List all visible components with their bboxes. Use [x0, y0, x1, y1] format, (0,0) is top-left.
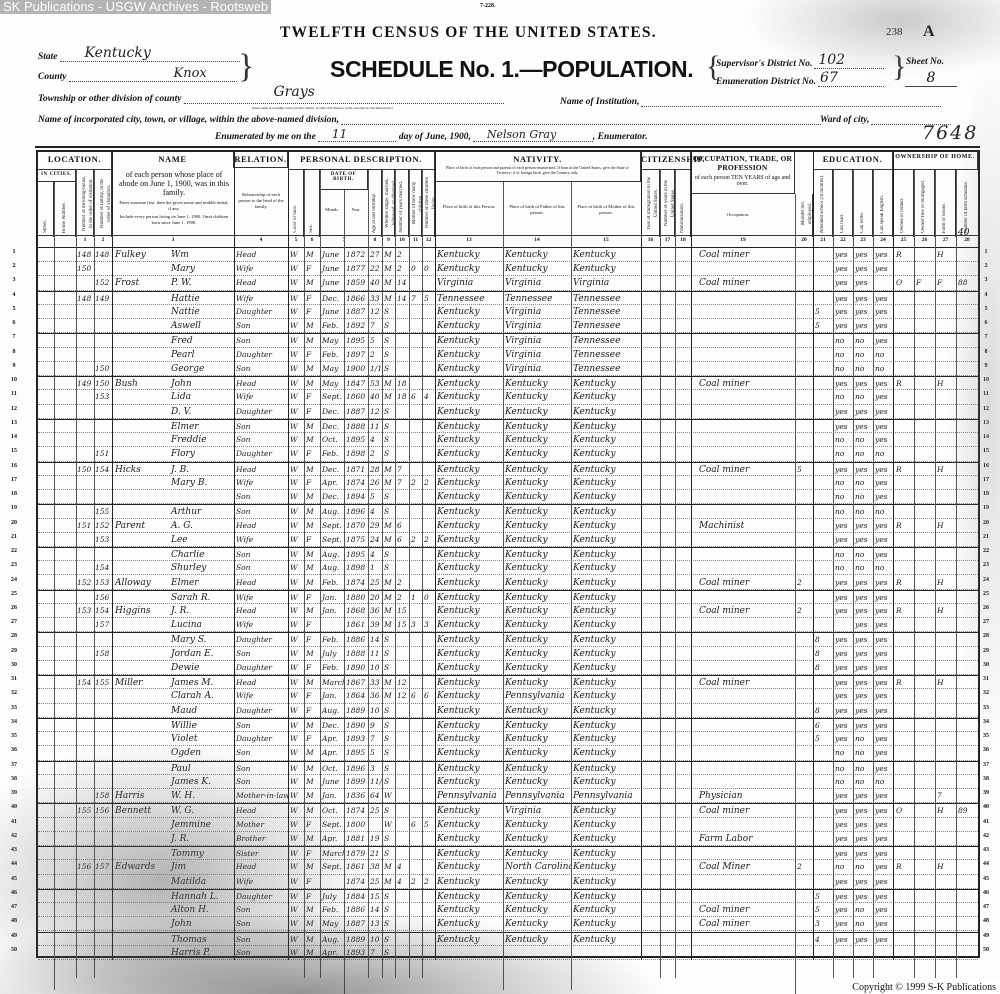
cell-mother-of — [410, 604, 422, 618]
cell-school — [814, 576, 833, 590]
cell-farm — [936, 875, 956, 889]
cell-owned — [895, 420, 914, 434]
cell-dwelling — [76, 334, 94, 348]
cell-months-unemp — [796, 319, 813, 333]
line-number-left: 44 — [4, 861, 24, 867]
header-col-19: Occupation. — [698, 212, 778, 218]
cell-months-unemp — [796, 875, 813, 889]
cell-relation: Son — [235, 746, 288, 760]
enumerated-field: Enumerated by me on the 11 day of June, … — [215, 130, 648, 142]
cell-write: yes — [854, 719, 873, 733]
cell-school — [814, 463, 833, 477]
cell-age: 10 — [369, 933, 382, 947]
sheet-no-label: Sheet No. — [906, 57, 944, 67]
cell-marital: S — [383, 661, 395, 675]
cell-color: W — [289, 804, 304, 818]
cell-school — [814, 334, 833, 348]
cell-write: no — [854, 447, 873, 461]
cell-month: Apr. — [321, 732, 344, 746]
cell-farm — [936, 533, 956, 547]
line-number-left: 23 — [4, 562, 24, 568]
cell-year: 1889 — [345, 704, 368, 718]
grid-line — [395, 170, 396, 978]
cell-occupation — [698, 362, 794, 376]
cell-farm — [936, 319, 956, 333]
cell-yrs-married — [396, 305, 409, 319]
cell-schedule — [957, 676, 978, 690]
cell-color: W — [289, 463, 304, 477]
cell-farm: H — [936, 604, 956, 618]
cell-mother-birth: Kentucky — [572, 661, 641, 675]
cell-dwelling — [76, 762, 94, 776]
cell-write: no — [854, 476, 873, 490]
cell-free — [915, 775, 935, 789]
cell-owned — [895, 946, 914, 960]
cell-marital: M — [383, 591, 395, 605]
cell-mother-birth: Kentucky — [572, 447, 641, 461]
cell-year: 1900 — [345, 362, 368, 376]
cell-school — [814, 377, 833, 391]
cell-sex: F — [305, 447, 320, 461]
cell-father-birth: Kentucky — [504, 676, 571, 690]
cell-surname — [114, 334, 170, 348]
cell-farm: H — [936, 860, 956, 874]
cell-given: James M. — [170, 676, 234, 690]
cell-free — [915, 847, 935, 861]
cell-sex: M — [305, 433, 320, 447]
cell-farm — [936, 704, 956, 718]
cell-english: no — [874, 775, 893, 789]
cell-given: James K. — [170, 775, 234, 789]
cell-months-unemp — [796, 804, 813, 818]
cell-year: 1895 — [345, 746, 368, 760]
table-row: 148148FulkeyWmHeadWMJune187227M2Kentucky… — [38, 248, 978, 262]
header-col-house: House Number. — [54, 182, 76, 237]
cell-given: W. H. — [170, 789, 234, 803]
cell-school — [814, 548, 833, 562]
cell-write: no — [854, 860, 873, 874]
cell-schedule — [957, 847, 978, 861]
cell-surname — [114, 762, 170, 776]
cell-months-unemp — [796, 676, 813, 690]
cell-school — [814, 946, 833, 960]
cell-sex: M — [305, 362, 320, 376]
cell-read: yes — [834, 890, 853, 904]
cell-mother-birth: Kentucky — [572, 832, 641, 846]
cell-year: 1897 — [345, 348, 368, 362]
cell-month: Jan. — [321, 604, 344, 618]
table-row: 156Sarah R.WifeWFJan.188020M210KentuckyK… — [38, 590, 978, 604]
cell-sex: M — [305, 420, 320, 434]
cell-school — [814, 832, 833, 846]
cell-mother-birth: Kentucky — [572, 762, 641, 776]
cell-living — [423, 348, 435, 362]
line-number-left: 34 — [4, 719, 24, 725]
cell-living — [423, 719, 435, 733]
cell-english: yes — [874, 746, 893, 760]
cell-living — [423, 276, 435, 290]
cell-owned — [895, 633, 914, 647]
cell-family — [94, 946, 112, 960]
cell-birth: Kentucky — [436, 689, 503, 703]
cell-read: yes — [834, 262, 853, 276]
cell-relation: Head — [235, 804, 288, 818]
cell-surname: Edwards — [114, 860, 170, 874]
cell-relation: Son — [235, 762, 288, 776]
cell-sex: M — [305, 334, 320, 348]
cell-read: no — [834, 447, 853, 461]
colnum-1: 1 — [76, 237, 94, 243]
cell-year: 1899 — [345, 775, 368, 789]
line-number-left: 45 — [4, 876, 24, 882]
cell-yrs-married: 14 — [396, 292, 409, 306]
cell-occupation: Coal miner — [698, 903, 794, 917]
cell-write: yes — [854, 305, 873, 319]
cell-months-unemp — [796, 548, 813, 562]
cell-owned — [895, 591, 914, 605]
cell-write: yes — [854, 377, 873, 391]
cell-marital: S — [383, 433, 395, 447]
cell-father-birth: Kentucky — [504, 548, 571, 562]
cell-marital: M — [383, 604, 395, 618]
cell-age: 14 — [369, 633, 382, 647]
cell-month: Feb. — [321, 319, 344, 333]
line-number-left: 26 — [4, 605, 24, 611]
cell-family: 158 — [94, 789, 112, 803]
cell-free — [915, 248, 935, 262]
cell-given: Mary S. — [170, 633, 234, 647]
grid-line — [853, 170, 854, 978]
cell-farm — [936, 775, 956, 789]
cell-schedule — [957, 591, 978, 605]
cell-age: 10 — [369, 661, 382, 675]
cell-age: 40 — [369, 276, 382, 290]
cell-surname — [114, 348, 170, 362]
cell-relation: Sister — [235, 847, 288, 861]
cell-color: W — [289, 292, 304, 306]
cell-month: Oct. — [321, 762, 344, 776]
line-number-left: 21 — [4, 534, 24, 540]
cell-father-birth: Kentucky — [504, 463, 571, 477]
cell-months-unemp — [796, 789, 813, 803]
header-location: LOCATION. — [38, 152, 112, 170]
cell-english: yes — [874, 903, 893, 917]
cell-free — [915, 762, 935, 776]
cell-sex: F — [305, 292, 320, 306]
cell-school: 5 — [814, 319, 833, 333]
cell-color: W — [289, 689, 304, 703]
cell-mother-birth: Kentucky — [572, 505, 641, 519]
cell-mother-of — [410, 548, 422, 562]
colnum-9: 9 — [382, 237, 395, 243]
cell-relation: Wife — [235, 875, 288, 889]
cell-english: yes — [874, 661, 893, 675]
grid-line — [691, 152, 692, 960]
cell-schedule — [957, 860, 978, 874]
cell-age: 39 — [369, 618, 382, 632]
cell-relation: Daughter — [235, 661, 288, 675]
cell-given — [170, 490, 234, 504]
colnum-4: 4 — [234, 237, 288, 243]
cell-write: yes — [854, 519, 873, 533]
table-row: JohnSonWMMay188713SKentuckyKentuckyKentu… — [38, 917, 978, 931]
cell-given: Mary — [170, 262, 234, 276]
table-row: FredSonWMMay18955SKentuckyVirginiaTennes… — [38, 333, 978, 347]
cell-sex: F — [305, 633, 320, 647]
cell-farm — [936, 633, 956, 647]
cell-write: yes — [854, 647, 873, 661]
cell-marital: M — [383, 476, 395, 490]
cell-month: Jan. — [321, 689, 344, 703]
cell-read: yes — [834, 676, 853, 690]
line-number-left: 27 — [4, 619, 24, 625]
cell-write: yes — [854, 463, 873, 477]
cell-family — [94, 762, 112, 776]
header-col-7-year: Year. — [346, 207, 366, 213]
cell-school — [814, 804, 833, 818]
cell-read: no — [834, 362, 853, 376]
cell-given: Maud — [170, 704, 234, 718]
cell-surname — [114, 890, 170, 904]
cell-mother-birth: Tennessee — [572, 292, 641, 306]
cell-relation: Son — [235, 334, 288, 348]
line-number-left: 36 — [4, 747, 24, 753]
state-label: State — [38, 52, 58, 62]
cell-surname — [114, 818, 170, 832]
cell-age: 2 — [369, 348, 382, 362]
cell-age: 11/12 — [369, 775, 382, 789]
cell-father-birth: Kentucky — [504, 719, 571, 733]
cell-marital: S — [383, 561, 395, 575]
cell-owned — [895, 348, 914, 362]
colnum-2: 2 — [94, 237, 112, 243]
cell-mother-birth: Kentucky — [572, 890, 641, 904]
table-row: 157LucinaWifeWF186139M1533KentuckyKentuc… — [38, 618, 978, 632]
cell-occupation — [698, 647, 794, 661]
cell-birth: Kentucky — [436, 604, 503, 618]
cell-schedule — [957, 604, 978, 618]
cell-age: 5 — [369, 334, 382, 348]
cell-schedule — [957, 533, 978, 547]
colnum-5: 5 — [288, 237, 304, 243]
cell-dwelling — [76, 775, 94, 789]
cell-free — [915, 377, 935, 391]
cell-surname — [114, 917, 170, 931]
line-number-left: 32 — [4, 690, 24, 696]
cell-living — [423, 946, 435, 960]
cell-owned — [895, 490, 914, 504]
cell-months-unemp — [796, 405, 813, 419]
cell-farm: H — [936, 463, 956, 477]
cell-mother-birth: Kentucky — [572, 548, 641, 562]
cell-yrs-married — [396, 746, 409, 760]
cell-family — [94, 890, 112, 904]
cell-months-unemp — [796, 917, 813, 931]
cell-mother-birth: Kentucky — [572, 420, 641, 434]
table-row: 149150BushJohnHeadWMMay184753M18Kentucky… — [38, 376, 978, 390]
cell-write: no — [854, 561, 873, 575]
cell-father-birth: Kentucky — [504, 604, 571, 618]
cell-farm: H — [936, 576, 956, 590]
cell-farm — [936, 490, 956, 504]
cell-dwelling — [76, 647, 94, 661]
cell-read: yes — [834, 704, 853, 718]
cell-living — [423, 561, 435, 575]
cell-age: 20 — [369, 591, 382, 605]
cell-yrs-married: 2 — [396, 262, 409, 276]
cell-occupation — [698, 292, 794, 306]
cell-color: W — [289, 933, 304, 947]
cell-month: June — [321, 248, 344, 262]
cell-yrs-married: 7 — [396, 476, 409, 490]
cell-dwelling — [76, 847, 94, 861]
cell-living — [423, 490, 435, 504]
cell-marital: M — [383, 576, 395, 590]
cell-given: Aswell — [170, 319, 234, 333]
cell-school: 5 — [814, 732, 833, 746]
cell-yrs-married: 2 — [396, 248, 409, 262]
cell-owned — [895, 890, 914, 904]
cell-age: 7 — [369, 319, 382, 333]
cell-living — [423, 789, 435, 803]
cell-family: 148 — [94, 248, 112, 262]
cell-mother-of: 7 — [410, 292, 422, 306]
cell-sex: M — [305, 676, 320, 690]
cell-months-unemp — [796, 447, 813, 461]
cell-mother-of — [410, 676, 422, 690]
cell-sex: F — [305, 405, 320, 419]
cell-dwelling — [76, 789, 94, 803]
cell-age: 7 — [369, 732, 382, 746]
table-row: PaulSonWMOct.18963SKentuckyKentuckyKentu… — [38, 761, 978, 775]
cell-write: no — [854, 362, 873, 376]
header-name-note2: Include every person living on June 1, 1… — [118, 214, 230, 226]
cell-write: yes — [854, 292, 873, 306]
cell-color: W — [289, 676, 304, 690]
cell-english: yes — [874, 633, 893, 647]
grid-line — [368, 170, 369, 978]
cell-given: Dewie — [170, 661, 234, 675]
cell-father-birth: Kentucky — [504, 248, 571, 262]
cell-month: Jan. — [321, 591, 344, 605]
cell-color: W — [289, 276, 304, 290]
table-row: Hannah L.DaughterWFJuly188415SKentuckyKe… — [38, 889, 978, 903]
cell-surname: Bush — [114, 377, 170, 391]
cell-birth: Kentucky — [436, 676, 503, 690]
line-number-left: 15 — [4, 448, 24, 454]
cell-relation: Brother — [235, 832, 288, 846]
cell-english: yes — [874, 591, 893, 605]
cell-age: 53 — [369, 377, 382, 391]
line-number-left: 16 — [4, 463, 24, 469]
cell-surname: Bennett — [114, 804, 170, 818]
cell-age: 2 — [369, 447, 382, 461]
cell-father-birth: Kentucky — [504, 933, 571, 947]
cell-family: 155 — [94, 676, 112, 690]
cell-color: W — [289, 818, 304, 832]
cell-family: 153 — [94, 576, 112, 590]
cell-living — [423, 334, 435, 348]
cell-mother-of — [410, 946, 422, 960]
cell-month: July — [321, 647, 344, 661]
cell-school — [814, 875, 833, 889]
header-col-15: Place of birth of Mother of this person. — [574, 204, 638, 216]
colnum-10: 10 — [395, 237, 409, 243]
cell-relation: Son — [235, 548, 288, 562]
archive-watermark: SK Publications - USGW Archives - Rootsw… — [0, 0, 271, 14]
colnum-26: 26 — [914, 237, 935, 243]
cell-schedule — [957, 762, 978, 776]
table-header: LOCATION. IN CITIES. NAME of each person… — [38, 152, 978, 248]
cell-father-birth: Kentucky — [504, 661, 571, 675]
cell-farm: H — [936, 248, 956, 262]
header-col-10: Number of years married. — [395, 170, 409, 237]
cell-surname: Harris — [114, 789, 170, 803]
header-nativity-title: NATIVITY. — [513, 154, 562, 164]
cell-owned — [895, 405, 914, 419]
cell-mother-birth: Kentucky — [572, 618, 641, 632]
cell-sex: F — [305, 890, 320, 904]
cell-dwelling — [76, 704, 94, 718]
cell-english: yes — [874, 405, 893, 419]
line-number-left: 18 — [4, 491, 24, 497]
cell-owned — [895, 762, 914, 776]
cell-schedule — [957, 903, 978, 917]
cell-year: 1898 — [345, 561, 368, 575]
cell-dwelling: 151 — [76, 519, 94, 533]
line-number-left: 25 — [4, 591, 24, 597]
cell-marital: S — [383, 933, 395, 947]
cell-occupation: Coal miner — [698, 276, 794, 290]
cell-occupation — [698, 719, 794, 733]
cell-living — [423, 847, 435, 861]
cell-father-birth: Virginia — [504, 319, 571, 333]
cell-school — [814, 476, 833, 490]
cell-occupation — [698, 933, 794, 947]
cell-mother-birth: Tennessee — [572, 348, 641, 362]
cell-relation: Head — [235, 576, 288, 590]
cell-free — [915, 362, 935, 376]
cell-mother-of: 6 — [410, 818, 422, 832]
cell-farm — [936, 946, 956, 960]
cell-write: yes — [854, 689, 873, 703]
cell-birth: Kentucky — [436, 334, 503, 348]
cell-father-birth: Kentucky — [504, 633, 571, 647]
cell-read — [834, 946, 853, 960]
line-number-left: 7 — [4, 334, 24, 340]
header-col-27: Farm or house. — [935, 170, 956, 237]
cell-owned — [895, 390, 914, 404]
cell-yrs-married — [396, 548, 409, 562]
cell-schedule — [957, 875, 978, 889]
cell-color: W — [289, 377, 304, 391]
cell-schedule — [957, 505, 978, 519]
cell-mother-birth: Tennessee — [572, 319, 641, 333]
cell-english: no — [874, 447, 893, 461]
enumeration-district-field: Enumeration District No. 67 — [716, 75, 884, 87]
cell-mother-birth: Kentucky — [572, 689, 641, 703]
cell-marital: S — [383, 362, 395, 376]
cell-age: 22 — [369, 262, 382, 276]
cell-months-unemp — [796, 818, 813, 832]
cell-mother-of — [410, 276, 422, 290]
cell-school — [814, 292, 833, 306]
header-col-16: Year of immigration to the United States… — [641, 170, 660, 237]
grid-line — [382, 170, 383, 978]
cell-mother-birth: Kentucky — [572, 746, 641, 760]
cell-yrs-married — [396, 946, 409, 960]
cell-english: yes — [874, 533, 893, 547]
